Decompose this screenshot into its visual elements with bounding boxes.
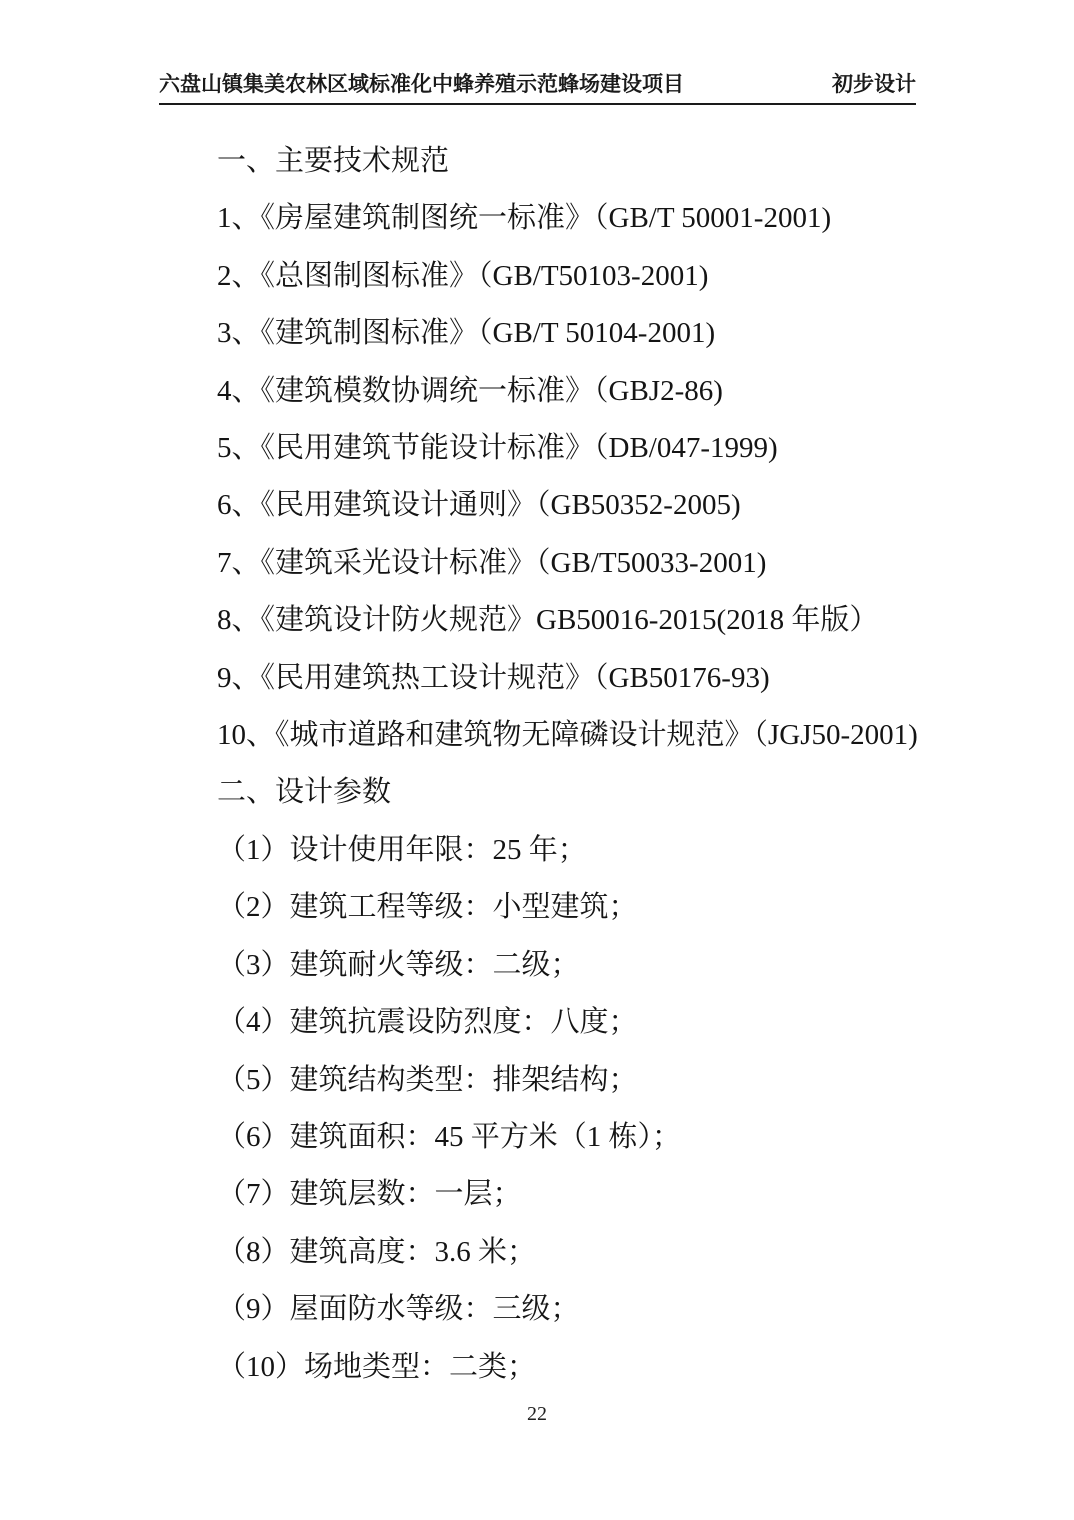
standard-item: 9、《民用建筑热工设计规范》（GB50176-93) xyxy=(160,650,918,707)
standard-item: 6、《民用建筑设计通则》（GB50352-2005) xyxy=(160,477,918,534)
standard-item: 8、《建筑设计防火规范》GB50016-2015(2018 年版） xyxy=(160,592,918,649)
header-doc-stage: 初步设计 xyxy=(832,74,916,96)
document-page: 六盘山镇集美农林区域标准化中蜂养殖示范蜂场建设项目 初步设计 一、主要技术规范 … xyxy=(0,0,1074,1520)
parameter-item: （8）建筑高度：3.6 米； xyxy=(160,1224,918,1281)
page-header: 六盘山镇集美农林区域标准化中蜂养殖示范蜂场建设项目 初步设计 xyxy=(159,74,916,105)
standard-item: 2、《总图制图标准》（GB/T50103-2001) xyxy=(160,248,918,305)
page-footer: 22 xyxy=(0,1400,1074,1428)
standard-item: 7、《建筑采光设计标准》（GB/T50033-2001) xyxy=(160,535,918,592)
parameter-item: （4）建筑抗震设防烈度：八度； xyxy=(160,994,918,1051)
document-body: 一、主要技术规范 1、《房屋建筑制图统一标准》（GB/T 50001-2001)… xyxy=(160,133,918,1396)
parameter-item: （7）建筑层数：一层； xyxy=(160,1166,918,1223)
section-heading-design-parameters: 二、设计参数 xyxy=(160,764,918,821)
standard-item: 1、《房屋建筑制图统一标准》（GB/T 50001-2001) xyxy=(160,190,918,247)
parameter-item: （6）建筑面积：45 平方米（1 栋）； xyxy=(160,1109,918,1166)
standard-item: 5、《民用建筑节能设计标准》（DB/047-1999) xyxy=(160,420,918,477)
parameter-item: （1）设计使用年限：25 年； xyxy=(160,822,918,879)
section-heading-technical-standards: 一、主要技术规范 xyxy=(160,133,918,190)
standard-item: 3、《建筑制图标准》（GB/T 50104-2001) xyxy=(160,305,918,362)
parameter-item: （2）建筑工程等级：小型建筑； xyxy=(160,879,918,936)
parameter-item: （5）建筑结构类型：排架结构； xyxy=(160,1052,918,1109)
page-number: 22 xyxy=(527,1403,547,1425)
header-project-title: 六盘山镇集美农林区域标准化中蜂养殖示范蜂场建设项目 xyxy=(159,74,684,96)
standard-item: 4、《建筑模数协调统一标准》（GBJ2-86) xyxy=(160,363,918,420)
standard-item: 10、《城市道路和建筑物无障磷设计规范》（JGJ50-2001) xyxy=(160,707,918,764)
parameter-item: （10）场地类型：二类； xyxy=(160,1339,918,1396)
parameter-item: （9）屋面防水等级：三级； xyxy=(160,1281,918,1338)
parameter-item: （3）建筑耐火等级：二级； xyxy=(160,937,918,994)
